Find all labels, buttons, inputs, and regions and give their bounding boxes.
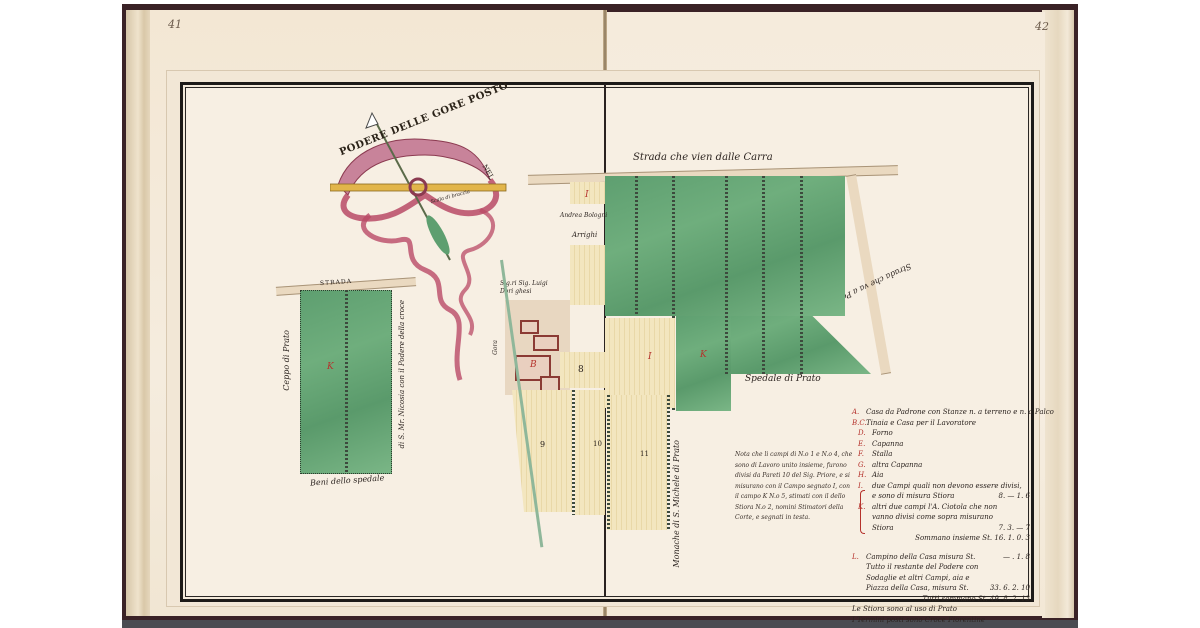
legend-rest-1: Tutto il restante del Podere con	[852, 562, 1030, 573]
monache-label: Monache di S. Michele di Prato	[672, 440, 681, 568]
legend-item-f: F.Stalla	[852, 449, 1030, 460]
legend-item-k-line3: Stiora7. 3. — 7	[852, 523, 1030, 534]
legend-item-k-line2: vanno divisi come sopra misurano	[852, 512, 1030, 523]
legend-item-k: K.altri due campi l'A. Ciotola che non	[852, 502, 1030, 513]
hedge-row	[667, 395, 670, 530]
hedge-row	[572, 390, 575, 515]
legend-item-g: G.altra Capanna	[852, 460, 1030, 471]
right-page-number: 42	[1035, 20, 1049, 33]
legend-subtotal: Sommano insieme St. 16. 1. 0. 3	[852, 533, 1030, 544]
field-i	[570, 245, 605, 305]
hedge-row	[762, 176, 765, 376]
field-number-11: 11	[640, 450, 649, 458]
parcel-letter-i-mid: I	[648, 352, 652, 362]
field-number-9: 9	[540, 440, 545, 449]
green-parcel-k-right	[676, 316, 731, 411]
parcel-letter-b: B	[530, 360, 537, 370]
road-top-label: Strada che vien dalle Carra	[633, 152, 773, 163]
spedale-label: Spedale di Prato	[745, 374, 821, 384]
legend: A.Casa da Padrone con Stanze n. a terren…	[852, 407, 1030, 625]
hedge-row	[725, 176, 728, 376]
right-page-edges	[1042, 10, 1074, 618]
legend-rest-3: Piazza della Casa, misura St.33. 6. 2. 1…	[852, 583, 1030, 594]
arrighi-label: Arrighi	[572, 231, 597, 239]
legend-bracket	[860, 490, 865, 534]
hedge-row	[635, 176, 638, 316]
legend-item-d: D.Forno	[852, 428, 1030, 439]
ceppo-label: Ceppo di Prato	[282, 330, 291, 391]
legend-rest-2: Sodaglie et altri Campi, aia e	[852, 573, 1030, 584]
parcel-letter-i-top: I	[585, 190, 589, 200]
building-f	[540, 376, 560, 392]
legend-footer-2: I Termini posti sono Croce Fiorentine	[852, 615, 1030, 626]
legend-item-i: I.due Campi quali non devono essere divi…	[852, 481, 1030, 492]
legend-item-e: E.Capanna	[852, 439, 1030, 450]
left-page-number: 41	[168, 18, 182, 31]
sig-luigi-label: Sig.ri Sig. Luigi Dori ghesi	[500, 280, 560, 296]
legend-item-i-line2: e sono di misura Stiora8. — 1. 6	[852, 491, 1030, 502]
legend-item-l: L.Campino della Casa misura St.— . 1. 8	[852, 552, 1030, 563]
hedge-row	[800, 176, 803, 376]
building-a	[520, 320, 539, 334]
field-10	[575, 390, 605, 515]
legend-footer-1: Le Stiora sono al uso di Prato	[852, 604, 1030, 615]
hedge-row	[607, 395, 610, 530]
surveyor-note: Nota che li campi di N.o 1 e N.o 4, che …	[735, 450, 855, 524]
field-number-8: 8	[578, 365, 584, 375]
legend-total: Tutti sommano St. 49. 8. 2. 13	[852, 594, 1030, 605]
legend-item-bc: B.C.Tinaia e Casa per il Lavoratore	[852, 418, 1030, 429]
field-number-10: 10	[593, 440, 602, 448]
legend-item-a: A.Casa da Padrone con Stanze n. a terren…	[852, 407, 1030, 418]
legend-item-h: H.Aia	[852, 470, 1030, 481]
building-c	[533, 335, 559, 351]
parcel-letter-k-right: K	[700, 350, 707, 360]
andrea-label: Andrea Bologni	[560, 212, 607, 219]
field-11	[607, 395, 667, 530]
fosso-label: Gora	[492, 340, 499, 355]
